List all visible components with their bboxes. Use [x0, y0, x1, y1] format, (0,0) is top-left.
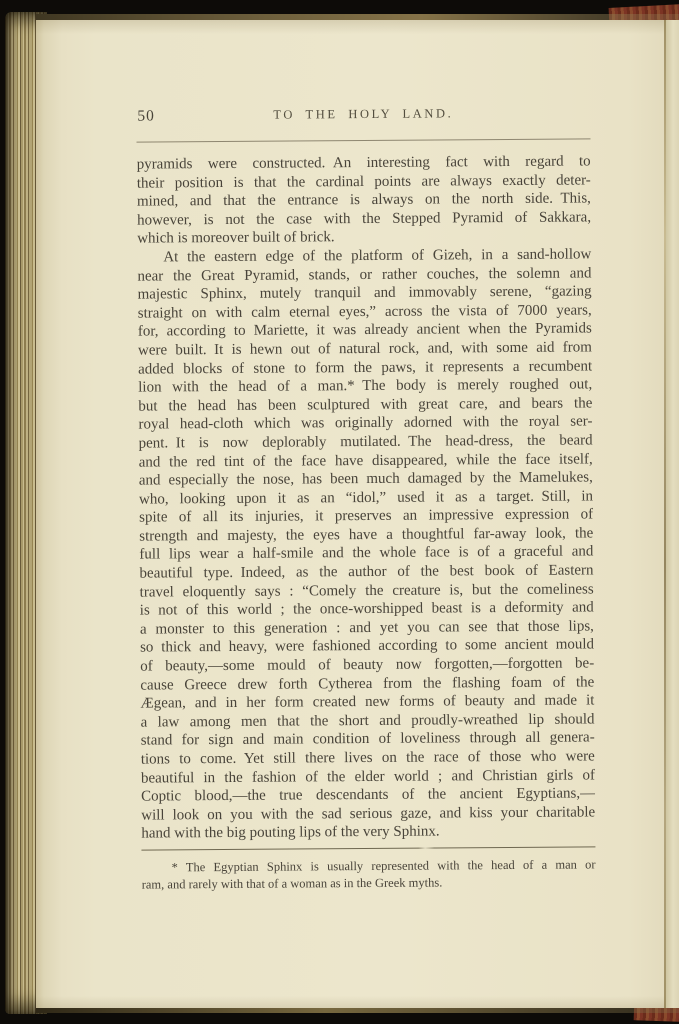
printed-content: 50 TO THE HOLY LAND. pyramids were const… [136, 102, 595, 894]
paragraph: pyramids were constructed. An interestin… [137, 152, 592, 248]
text-line: hand with the big pouting lips of the ve… [141, 822, 595, 844]
book-page: 50 TO THE HOLY LAND. pyramids were const… [36, 20, 679, 1008]
text-line: were built. It is hewn out of natural ro… [138, 338, 592, 360]
page-header: 50 TO THE HOLY LAND. [136, 102, 590, 125]
book-photo: 50 TO THE HOLY LAND. pyramids were const… [0, 0, 679, 1024]
text-line: will look on you with the sad serious ga… [141, 803, 595, 825]
next-page-sliver [666, 20, 679, 1008]
text-line: pent. It is now deplorably mutilated. Th… [139, 431, 593, 453]
body-text: pyramids were constructed. An interestin… [137, 152, 596, 843]
page-gutter-crease [664, 20, 666, 1008]
running-title: TO THE HOLY LAND. [136, 102, 590, 123]
paragraph: At the eastern edge of the platform of G… [137, 245, 595, 843]
footnote-rule [141, 846, 595, 850]
text-line: however, is not the case with the Steppe… [137, 208, 591, 230]
header-rule [137, 138, 591, 142]
footnote: * The Egyptian Sphinx is usually represe… [142, 856, 596, 894]
page-number: 50 [137, 107, 155, 125]
text-line: ram, and rarely with that of a woman as … [142, 874, 596, 895]
